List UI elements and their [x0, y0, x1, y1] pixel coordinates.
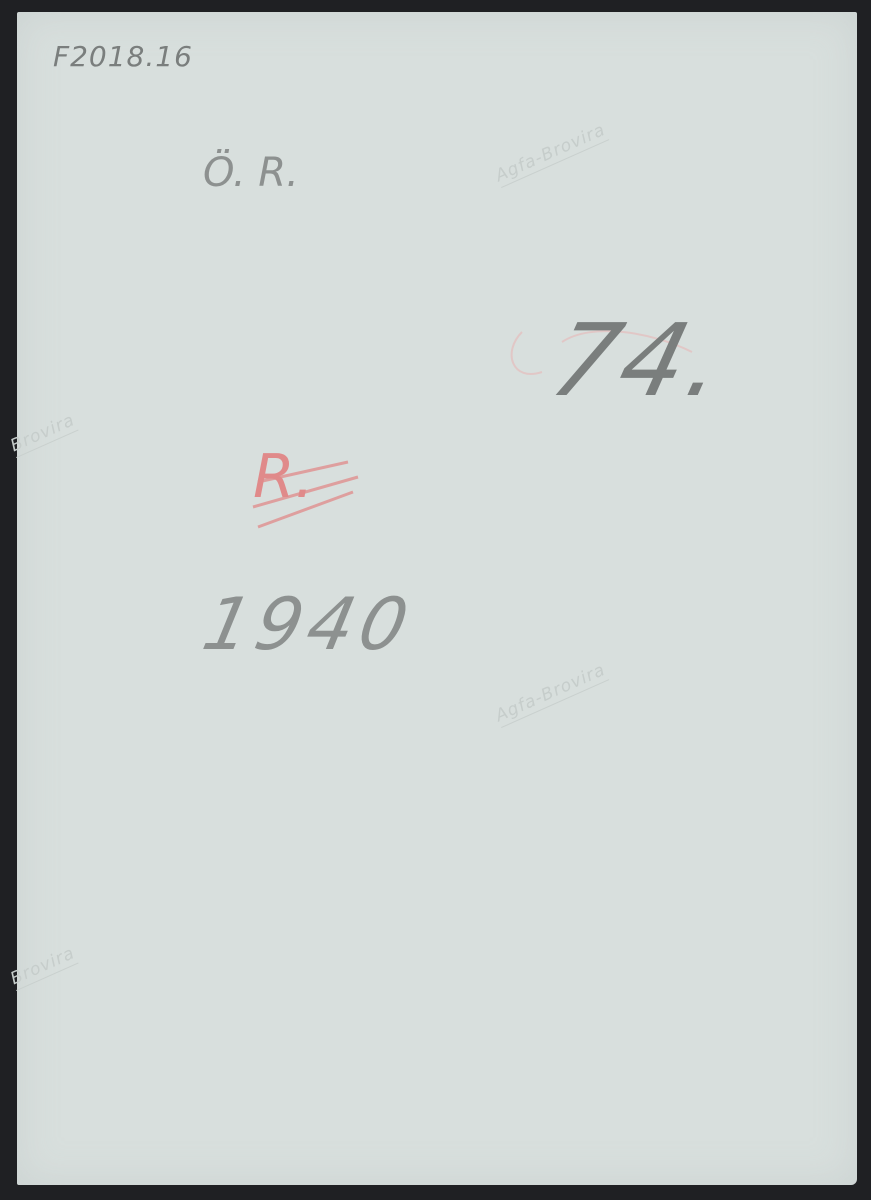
watermark-brovira-4: Brovira [8, 943, 79, 991]
year-annotation: 1940 [196, 582, 421, 666]
watermark-brovira-2: Brovira [8, 410, 79, 458]
red-crossout-lines [253, 452, 373, 542]
large-number: 74. [540, 302, 740, 419]
watermark-agfa-brovira-1: Agfa-Brovira [493, 120, 610, 188]
inventory-number: F2018.16 [53, 40, 193, 73]
photo-verso-paper: F2018.16 Ö. R. 74. R. 1940 Agfa-Brovira … [17, 12, 857, 1185]
watermark-agfa-brovira-3: Agfa-Brovira [493, 660, 610, 728]
top-note: Ö. R. [203, 150, 299, 196]
